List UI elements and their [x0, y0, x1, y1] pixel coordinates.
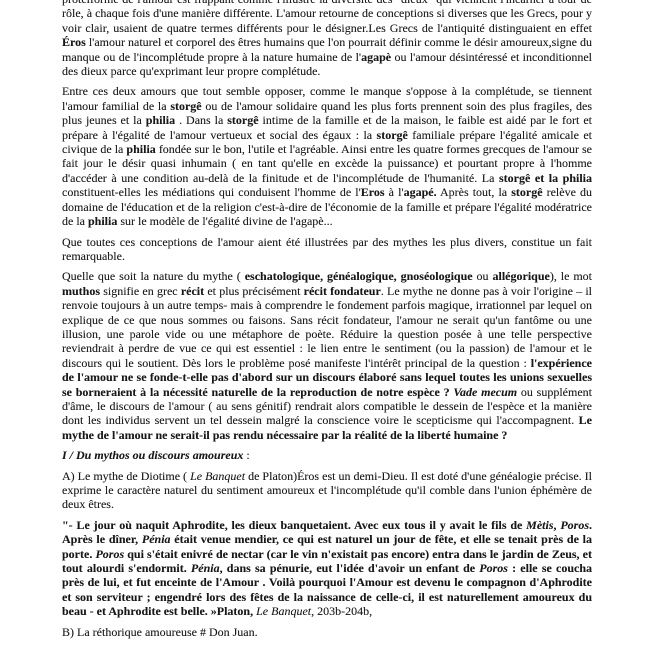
text-run: constituent-elles les médiations qui con…: [62, 185, 361, 199]
text-run: philia: [126, 142, 155, 156]
heading-du-mythos: I / Du mythos ou discours amoureux :: [62, 448, 592, 462]
text-run: muthos: [62, 284, 100, 298]
text-run: storgê et la philia: [499, 171, 592, 185]
text-run: Mètis: [526, 518, 553, 532]
text-run: Éros: [62, 35, 86, 49]
text-run: storgê: [511, 185, 542, 199]
text-run: Poros: [479, 561, 508, 575]
paragraph-storge-philia: Entre ces deux amours que tout semble op…: [62, 84, 592, 228]
text-run: eschatologique, généalogique, gnoséologi…: [245, 269, 473, 283]
paragraph-mythe-de-diotime: A) Le mythe de Diotime ( Le Banquet de P…: [62, 469, 592, 512]
text-run: Pénia: [142, 532, 171, 546]
text-run: I / Du mythos ou discours amoureux: [62, 448, 243, 462]
text-run: Après tout, la: [437, 185, 512, 199]
paragraph-muthos-recit-fondateur: Quelle que soit la nature du mythe ( esc…: [62, 269, 592, 442]
text-run: storgê: [170, 99, 201, 113]
text-run: ), le mot: [550, 269, 592, 283]
document-body: protéiforme de l'amour est frappant comm…: [62, 0, 592, 645]
text-run: Poros: [560, 518, 589, 532]
paragraph-myths-remarkable: Que toutes ces conceptions de l'amour ai…: [62, 235, 592, 264]
text-run: récit: [181, 284, 204, 298]
text-run: Quelle que soit la nature du mythe (: [62, 269, 245, 283]
text-run: ou: [473, 269, 493, 283]
text-run: philia: [88, 214, 117, 228]
paragraph-banquet-quote: "- Le jour où naquit Aphrodite, les dieu…: [62, 518, 592, 619]
text-run: :: [243, 448, 249, 462]
text-run: , dans sa pénurie, eut l'idée d'avoir un…: [220, 561, 480, 575]
text-run: à l': [385, 185, 404, 199]
text-run: Vade mecum: [453, 385, 517, 399]
document-page: protéiforme de l'amour est frappant comm…: [0, 0, 650, 650]
text-run: B) La réthorique amoureuse # Don Juan.: [62, 625, 258, 639]
text-run: Le Banquet: [190, 469, 245, 483]
text-run: Poros: [95, 547, 124, 561]
text-run: sur le modèle de l'égalité divine de l'a…: [117, 214, 332, 228]
text-run: . Dans la: [175, 113, 227, 127]
text-run: protéiforme de l'amour est frappant comm…: [62, 0, 592, 35]
text-run: philia: [146, 113, 175, 127]
text-run: , 203b-204b,: [311, 604, 372, 618]
text-run: agapè: [361, 50, 391, 64]
text-run: A) Le mythe de Diotime (: [62, 469, 190, 483]
text-run: récit fondateur: [304, 284, 381, 298]
text-run: allégorique: [493, 269, 550, 283]
paragraph-intro-four-greek-loves: protéiforme de l'amour est frappant comm…: [62, 0, 592, 78]
text-run: signifie en grec: [100, 284, 181, 298]
text-run: storgê: [227, 113, 258, 127]
text-run: agapé.: [404, 185, 437, 199]
text-run: storgê: [377, 128, 408, 142]
text-run: Eros: [361, 185, 385, 199]
text-run: Le Banquet: [256, 604, 311, 618]
text-run: et plus précisément: [204, 284, 303, 298]
paragraph-rhetorique-amoureuse: B) La réthorique amoureuse # Don Juan.: [62, 625, 592, 639]
text-run: Que toutes ces conceptions de l'amour ai…: [62, 235, 592, 263]
text-run: "- Le jour où naquit Aphrodite, les dieu…: [62, 518, 526, 532]
text-run: Pénia: [191, 561, 220, 575]
